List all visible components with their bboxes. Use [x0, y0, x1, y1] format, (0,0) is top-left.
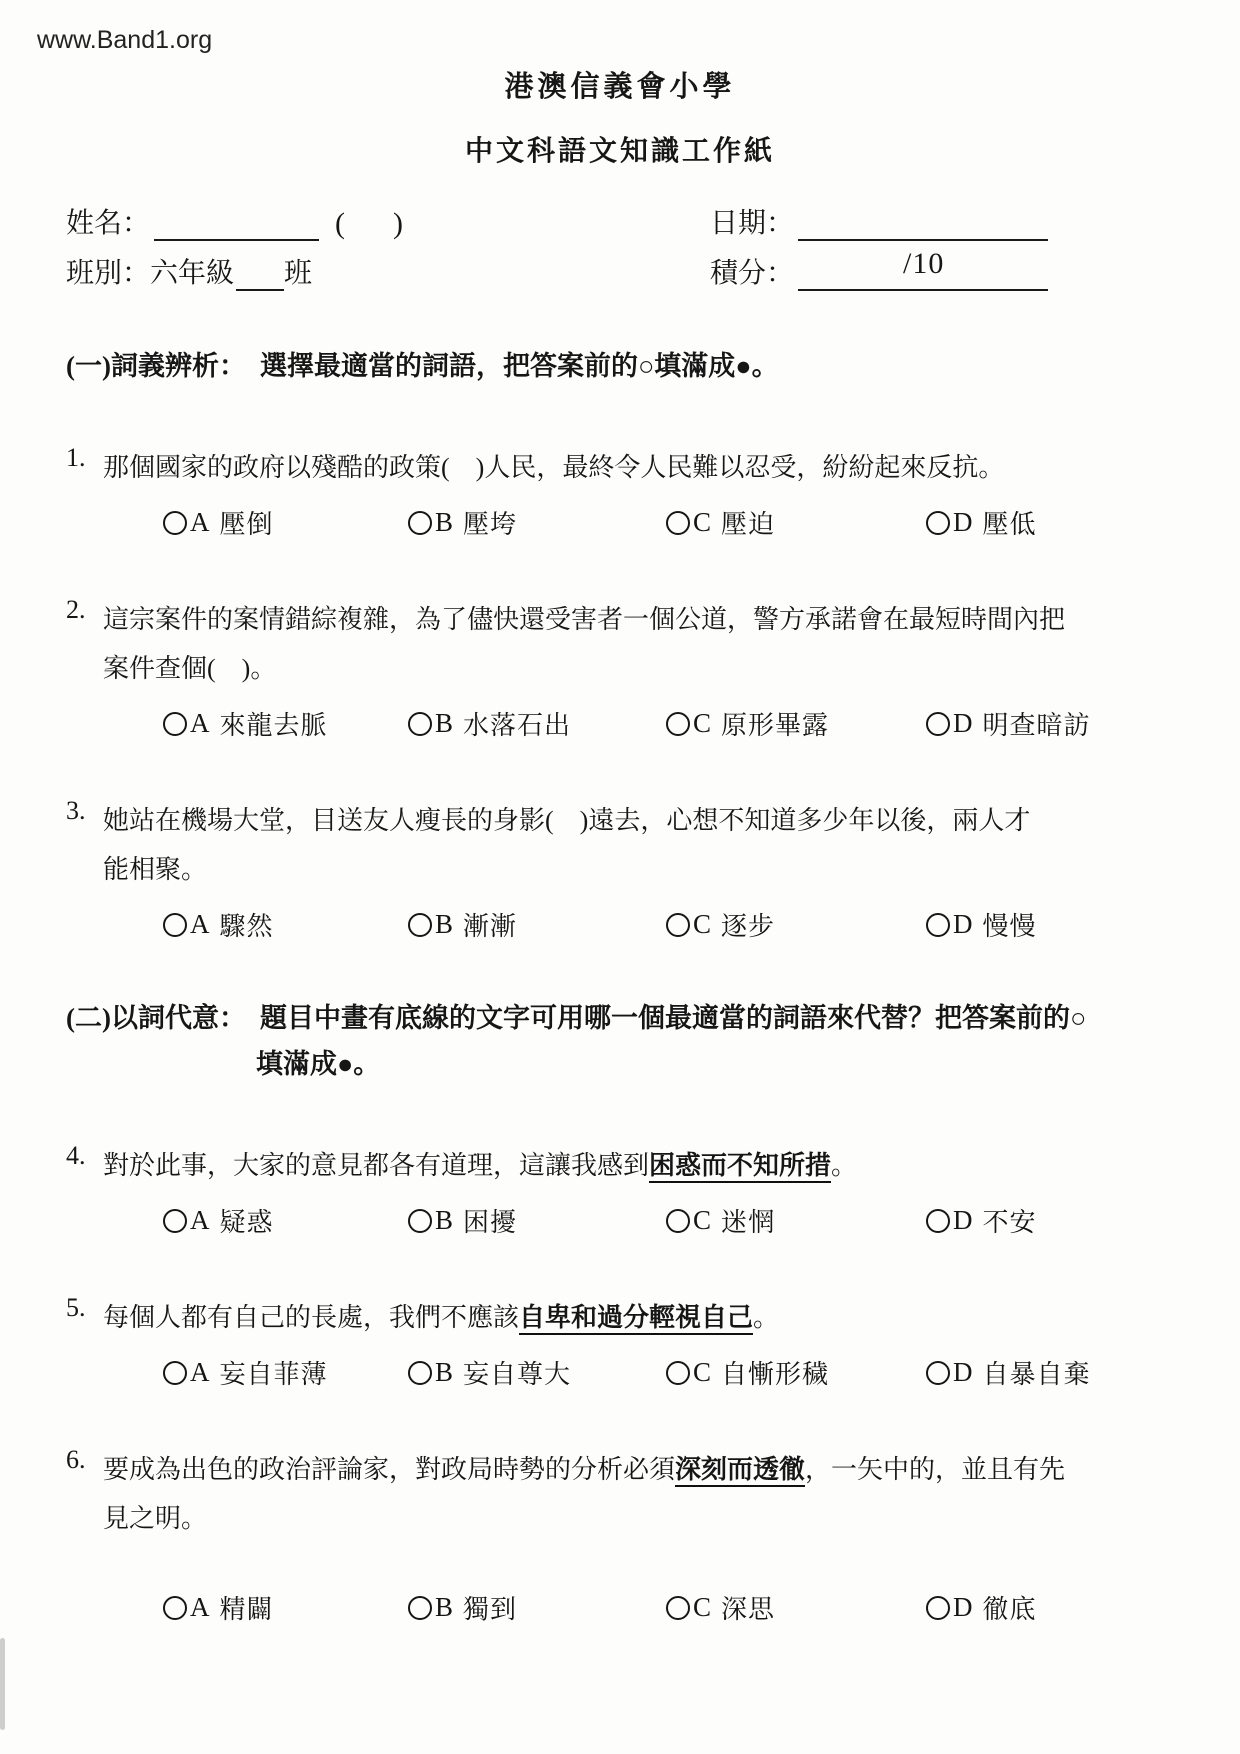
- worksheet-body: (一)詞義辨析：選擇最適當的詞語，把答案前的○填滿成●。1.那個國家的政府以殘酷…: [66, 291, 1174, 1626]
- answer-bubble-icon[interactable]: [163, 913, 187, 937]
- option-text: 壓垮: [463, 504, 517, 541]
- question-number: 3.: [66, 796, 103, 943]
- class-field-group: 班別： 六年級 班: [66, 251, 710, 291]
- answer-option-A[interactable]: A精闢: [163, 1589, 408, 1626]
- answer-option-C[interactable]: C迷惘: [666, 1202, 926, 1239]
- option-text: 來龍去脈: [220, 705, 328, 742]
- option-letter: D: [953, 1205, 973, 1236]
- date-input-line[interactable]: [798, 205, 1048, 241]
- answer-bubble-icon[interactable]: [163, 1209, 187, 1233]
- answer-bubble-icon[interactable]: [408, 1596, 432, 1620]
- option-letter: C: [693, 507, 711, 538]
- scan-artifact: [0, 1638, 5, 1730]
- answer-option-C[interactable]: C原形畢露: [666, 705, 926, 742]
- answer-option-A[interactable]: A驟然: [163, 906, 408, 943]
- option-text: 水落石出: [463, 705, 571, 742]
- date-label: 日期：: [710, 201, 794, 241]
- answer-bubble-icon[interactable]: [666, 511, 690, 535]
- answer-bubble-icon[interactable]: [926, 1361, 950, 1385]
- option-text: 迷惘: [721, 1202, 775, 1239]
- answer-option-A[interactable]: A壓倒: [163, 504, 408, 541]
- option-letter: D: [953, 1592, 973, 1623]
- answer-bubble-icon[interactable]: [666, 913, 690, 937]
- worksheet-page: www.Band1.org 港澳信義會小學 中文科語文知識工作紙 姓名： () …: [0, 0, 1240, 1754]
- answer-bubble-icon[interactable]: [408, 511, 432, 535]
- question-text: 那個國家的政府以殘酷的政策( )人民，最終令人民難以忍受，紛紛起來反抗。: [103, 443, 1174, 492]
- answer-bubble-icon[interactable]: [926, 712, 950, 736]
- question-number: 2.: [66, 595, 103, 742]
- option-letter: B: [435, 1205, 453, 1236]
- answer-option-A[interactable]: A妄自菲薄: [163, 1354, 408, 1391]
- header-info: 姓名： () 日期： 班別： 六年級 班 積分： /10: [66, 197, 1174, 291]
- option-text: 壓迫: [721, 504, 775, 541]
- section-label: (二)以詞代意：: [66, 1003, 246, 1033]
- answer-bubble-icon[interactable]: [408, 913, 432, 937]
- answer-bubble-icon[interactable]: [163, 1596, 187, 1620]
- answer-bubble-icon[interactable]: [926, 913, 950, 937]
- question: 2.這宗案件的案情錯綜複雜，為了儘快還受害者一個公道，警方承諾會在最短時間內把案…: [66, 595, 1174, 742]
- paren-close: ): [393, 207, 403, 241]
- text-segment: 每個人都有自己的長處，我們不應該: [103, 1303, 519, 1332]
- option-text: 逐步: [721, 906, 775, 943]
- option-text: 驟然: [220, 906, 274, 943]
- question-number: 6.: [66, 1445, 103, 1626]
- option-letter: C: [693, 708, 711, 739]
- option-letter: A: [190, 909, 210, 940]
- text-segment: 那個國家的政府以殘酷的政策( )人民，最終令人民難以忍受，紛紛起來反抗。: [103, 453, 1004, 482]
- answer-bubble-icon[interactable]: [163, 511, 187, 535]
- class-suffix: 班: [284, 251, 312, 291]
- info-row-1: 姓名： () 日期：: [66, 197, 1174, 241]
- section-label: (一)詞義辨析：: [66, 351, 246, 381]
- answer-option-B[interactable]: B獨到: [408, 1589, 666, 1626]
- question-number: 5.: [66, 1293, 103, 1391]
- options-row: A壓倒B壓垮C壓迫D壓低: [163, 504, 1174, 541]
- option-letter: B: [435, 708, 453, 739]
- question-text: 能相聚。: [103, 845, 1174, 894]
- score-denominator: /10: [903, 247, 944, 281]
- answer-option-D[interactable]: D不安: [926, 1202, 1174, 1239]
- option-text: 不安: [983, 1202, 1037, 1239]
- question: 1.那個國家的政府以殘酷的政策( )人民，最終令人民難以忍受，紛紛起來反抗。A壓…: [66, 443, 1174, 541]
- class-label: 班別：: [66, 251, 150, 291]
- name-input-line[interactable]: [154, 205, 319, 241]
- answer-bubble-icon[interactable]: [408, 712, 432, 736]
- score-input-line[interactable]: /10: [798, 255, 1048, 291]
- text-segment: 。: [831, 1151, 857, 1180]
- option-text: 獨到: [463, 1589, 517, 1626]
- section-instruction: 題目中畫有底線的文字可用哪一個最適當的詞語來代替？把答案前的○: [260, 1003, 1086, 1033]
- answer-option-C[interactable]: C壓迫: [666, 504, 926, 541]
- class-grade: 六年級: [150, 251, 234, 291]
- text-segment: 她站在機場大堂，目送友人瘦長的身影( )遠去，心想不知道多少年以後，兩人才: [103, 806, 1030, 835]
- section-2: (二)以詞代意：題目中畫有底線的文字可用哪一個最適當的詞語來代替？把答案前的○填…: [66, 995, 1174, 1626]
- name-label: 姓名：: [66, 201, 150, 241]
- option-letter: D: [953, 507, 973, 538]
- text-segment: 能相聚。: [103, 855, 207, 884]
- answer-option-B[interactable]: B困擾: [408, 1202, 666, 1239]
- question-body: 她站在機場大堂，目送友人瘦長的身影( )遠去，心想不知道多少年以後，兩人才能相聚…: [103, 796, 1174, 943]
- options-row: A疑惑B困擾C迷惘D不安: [163, 1202, 1174, 1239]
- section-instruction: 填滿成●。: [256, 1041, 1174, 1087]
- text-segment: 這宗案件的案情錯綜複雜，為了儘快還受害者一個公道，警方承諾會在最短時間內把: [103, 605, 1065, 634]
- option-letter: D: [953, 1357, 973, 1388]
- text-segment: 案件查個( )。: [103, 654, 276, 683]
- option-letter: D: [953, 909, 973, 940]
- question: 4.對於此事，大家的意見都各有道理，這讓我感到困惑而不知所措。A疑惑B困擾C迷惘…: [66, 1141, 1174, 1239]
- answer-bubble-icon[interactable]: [666, 1361, 690, 1385]
- question: 5.每個人都有自己的長處，我們不應該自卑和過分輕視自己。A妄自菲薄B妄自尊大C自…: [66, 1293, 1174, 1391]
- option-letter: A: [190, 708, 210, 739]
- score-field-group: 積分： /10: [710, 251, 1174, 291]
- question-text: 要成為出色的政治評論家，對政局時勢的分析必須深刻而透徹，一矢中的，並且有先: [103, 1445, 1174, 1494]
- option-text: 慢慢: [983, 906, 1037, 943]
- option-text: 漸漸: [463, 906, 517, 943]
- answer-bubble-icon[interactable]: [666, 1596, 690, 1620]
- question-number: 1.: [66, 443, 103, 541]
- text-segment: 。: [753, 1303, 779, 1332]
- answer-option-D[interactable]: D慢慢: [926, 906, 1174, 943]
- answer-bubble-icon[interactable]: [408, 1361, 432, 1385]
- options-row: A精闢B獨到C深思D徹底: [163, 1589, 1174, 1626]
- answer-option-D[interactable]: D自暴自棄: [926, 1354, 1174, 1391]
- option-letter: C: [693, 1357, 711, 1388]
- answer-bubble-icon[interactable]: [163, 1361, 187, 1385]
- answer-bubble-icon[interactable]: [926, 1596, 950, 1620]
- answer-option-D[interactable]: D明查暗訪: [926, 705, 1174, 742]
- answer-option-B[interactable]: B壓垮: [408, 504, 666, 541]
- text-segment: ，一矢中的，並且有先: [805, 1455, 1065, 1484]
- option-text: 深思: [721, 1589, 775, 1626]
- paren-open: (: [335, 207, 345, 241]
- worksheet-title: 中文科語文知識工作紙: [66, 129, 1174, 169]
- option-letter: B: [435, 1592, 453, 1623]
- option-text: 妄自菲薄: [220, 1354, 328, 1391]
- option-text: 自慚形穢: [721, 1354, 829, 1391]
- paren-gap: [345, 207, 393, 241]
- answer-option-C[interactable]: C逐步: [666, 906, 926, 943]
- question-text: 這宗案件的案情錯綜複雜，為了儘快還受害者一個公道，警方承諾會在最短時間內把: [103, 595, 1174, 644]
- options-row: A來龍去脈B水落石出C原形畢露D明查暗訪: [163, 705, 1174, 742]
- section-heading: (二)以詞代意：題目中畫有底線的文字可用哪一個最適當的詞語來代替？把答案前的○填…: [66, 995, 1174, 1087]
- section-1: (一)詞義辨析：選擇最適當的詞語，把答案前的○填滿成●。1.那個國家的政府以殘酷…: [66, 343, 1174, 943]
- option-text: 自暴自棄: [983, 1354, 1091, 1391]
- answer-option-B[interactable]: B妄自尊大: [408, 1354, 666, 1391]
- answer-option-C[interactable]: C深思: [666, 1589, 926, 1626]
- class-number-parens[interactable]: (): [335, 207, 403, 241]
- question-number: 4.: [66, 1141, 103, 1239]
- info-row-2: 班別： 六年級 班 積分： /10: [66, 247, 1174, 291]
- option-letter: C: [693, 1592, 711, 1623]
- option-letter: A: [190, 1205, 210, 1236]
- question: 3.她站在機場大堂，目送友人瘦長的身影( )遠去，心想不知道多少年以後，兩人才能…: [66, 796, 1174, 943]
- answer-bubble-icon[interactable]: [666, 1209, 690, 1233]
- answer-option-A[interactable]: A疑惑: [163, 1202, 408, 1239]
- option-letter: A: [190, 1592, 210, 1623]
- option-letter: C: [693, 1205, 711, 1236]
- question-text: 見之明。: [103, 1494, 1174, 1543]
- option-text: 壓低: [983, 504, 1037, 541]
- option-text: 精闢: [220, 1589, 274, 1626]
- option-letter: A: [190, 507, 210, 538]
- answer-bubble-icon[interactable]: [926, 1209, 950, 1233]
- question: 6.要成為出色的政治評論家，對政局時勢的分析必須深刻而透徹，一矢中的，並且有先見…: [66, 1445, 1174, 1626]
- option-text: 徹底: [983, 1589, 1037, 1626]
- option-text: 明查暗訪: [983, 705, 1091, 742]
- question-body: 要成為出色的政治評論家，對政局時勢的分析必須深刻而透徹，一矢中的，並且有先見之明…: [103, 1445, 1174, 1626]
- answer-option-B[interactable]: B水落石出: [408, 705, 666, 742]
- answer-option-D[interactable]: D壓低: [926, 504, 1174, 541]
- option-text: 原形畢露: [721, 705, 829, 742]
- question-text: 她站在機場大堂，目送友人瘦長的身影( )遠去，心想不知道多少年以後，兩人才: [103, 796, 1174, 845]
- option-text: 疑惑: [220, 1202, 274, 1239]
- score-label: 積分：: [710, 251, 794, 291]
- answer-option-C[interactable]: C自慚形穢: [666, 1354, 926, 1391]
- option-letter: B: [435, 909, 453, 940]
- answer-option-A[interactable]: A來龍去脈: [163, 705, 408, 742]
- option-letter: A: [190, 1357, 210, 1388]
- option-text: 困擾: [463, 1202, 517, 1239]
- question-body: 對於此事，大家的意見都各有道理，這讓我感到困惑而不知所措。A疑惑B困擾C迷惘D不…: [103, 1141, 1174, 1239]
- section-instruction: 選擇最適當的詞語，把答案前的○填滿成●。: [260, 351, 779, 381]
- option-letter: B: [435, 507, 453, 538]
- options-row: A妄自菲薄B妄自尊大C自慚形穢D自暴自棄: [163, 1354, 1174, 1391]
- question-body: 每個人都有自己的長處，我們不應該自卑和過分輕視自己。A妄自菲薄B妄自尊大C自慚形…: [103, 1293, 1174, 1391]
- answer-bubble-icon[interactable]: [666, 712, 690, 736]
- option-letter: C: [693, 909, 711, 940]
- question-body: 這宗案件的案情錯綜複雜，為了儘快還受害者一個公道，警方承諾會在最短時間內把案件查…: [103, 595, 1174, 742]
- text-segment: 要成為出色的政治評論家，對政局時勢的分析必須: [103, 1455, 675, 1484]
- section-heading: (一)詞義辨析：選擇最適當的詞語，把答案前的○填滿成●。: [66, 343, 1174, 389]
- text-segment: 見之明。: [103, 1504, 207, 1533]
- question-body: 那個國家的政府以殘酷的政策( )人民，最終令人民難以忍受，紛紛起來反抗。A壓倒B…: [103, 443, 1174, 541]
- answer-bubble-icon[interactable]: [408, 1209, 432, 1233]
- answer-option-B[interactable]: B漸漸: [408, 906, 666, 943]
- school-name: 港澳信義會小學: [66, 0, 1174, 105]
- option-letter: B: [435, 1357, 453, 1388]
- option-letter: D: [953, 708, 973, 739]
- watermark: www.Band1.org: [37, 26, 212, 55]
- option-text: 壓倒: [220, 504, 274, 541]
- answer-bubble-icon[interactable]: [163, 712, 187, 736]
- option-text: 妄自尊大: [463, 1354, 571, 1391]
- class-input-line[interactable]: [236, 255, 284, 291]
- underlined-phrase: 困惑而不知所措: [649, 1151, 831, 1183]
- options-row: A驟然B漸漸C逐步D慢慢: [163, 906, 1174, 943]
- underlined-phrase: 自卑和過分輕視自己: [519, 1303, 753, 1335]
- question-text: 每個人都有自己的長處，我們不應該自卑和過分輕視自己。: [103, 1293, 1174, 1342]
- question-text: 案件查個( )。: [103, 644, 1174, 693]
- date-field-group: 日期：: [710, 201, 1174, 241]
- answer-bubble-icon[interactable]: [926, 511, 950, 535]
- text-segment: 對於此事，大家的意見都各有道理，這讓我感到: [103, 1151, 649, 1180]
- name-field-group: 姓名： (): [66, 201, 710, 241]
- answer-option-D[interactable]: D徹底: [926, 1589, 1174, 1626]
- underlined-phrase: 深刻而透徹: [675, 1455, 805, 1487]
- question-text: 對於此事，大家的意見都各有道理，這讓我感到困惑而不知所措。: [103, 1141, 1174, 1190]
